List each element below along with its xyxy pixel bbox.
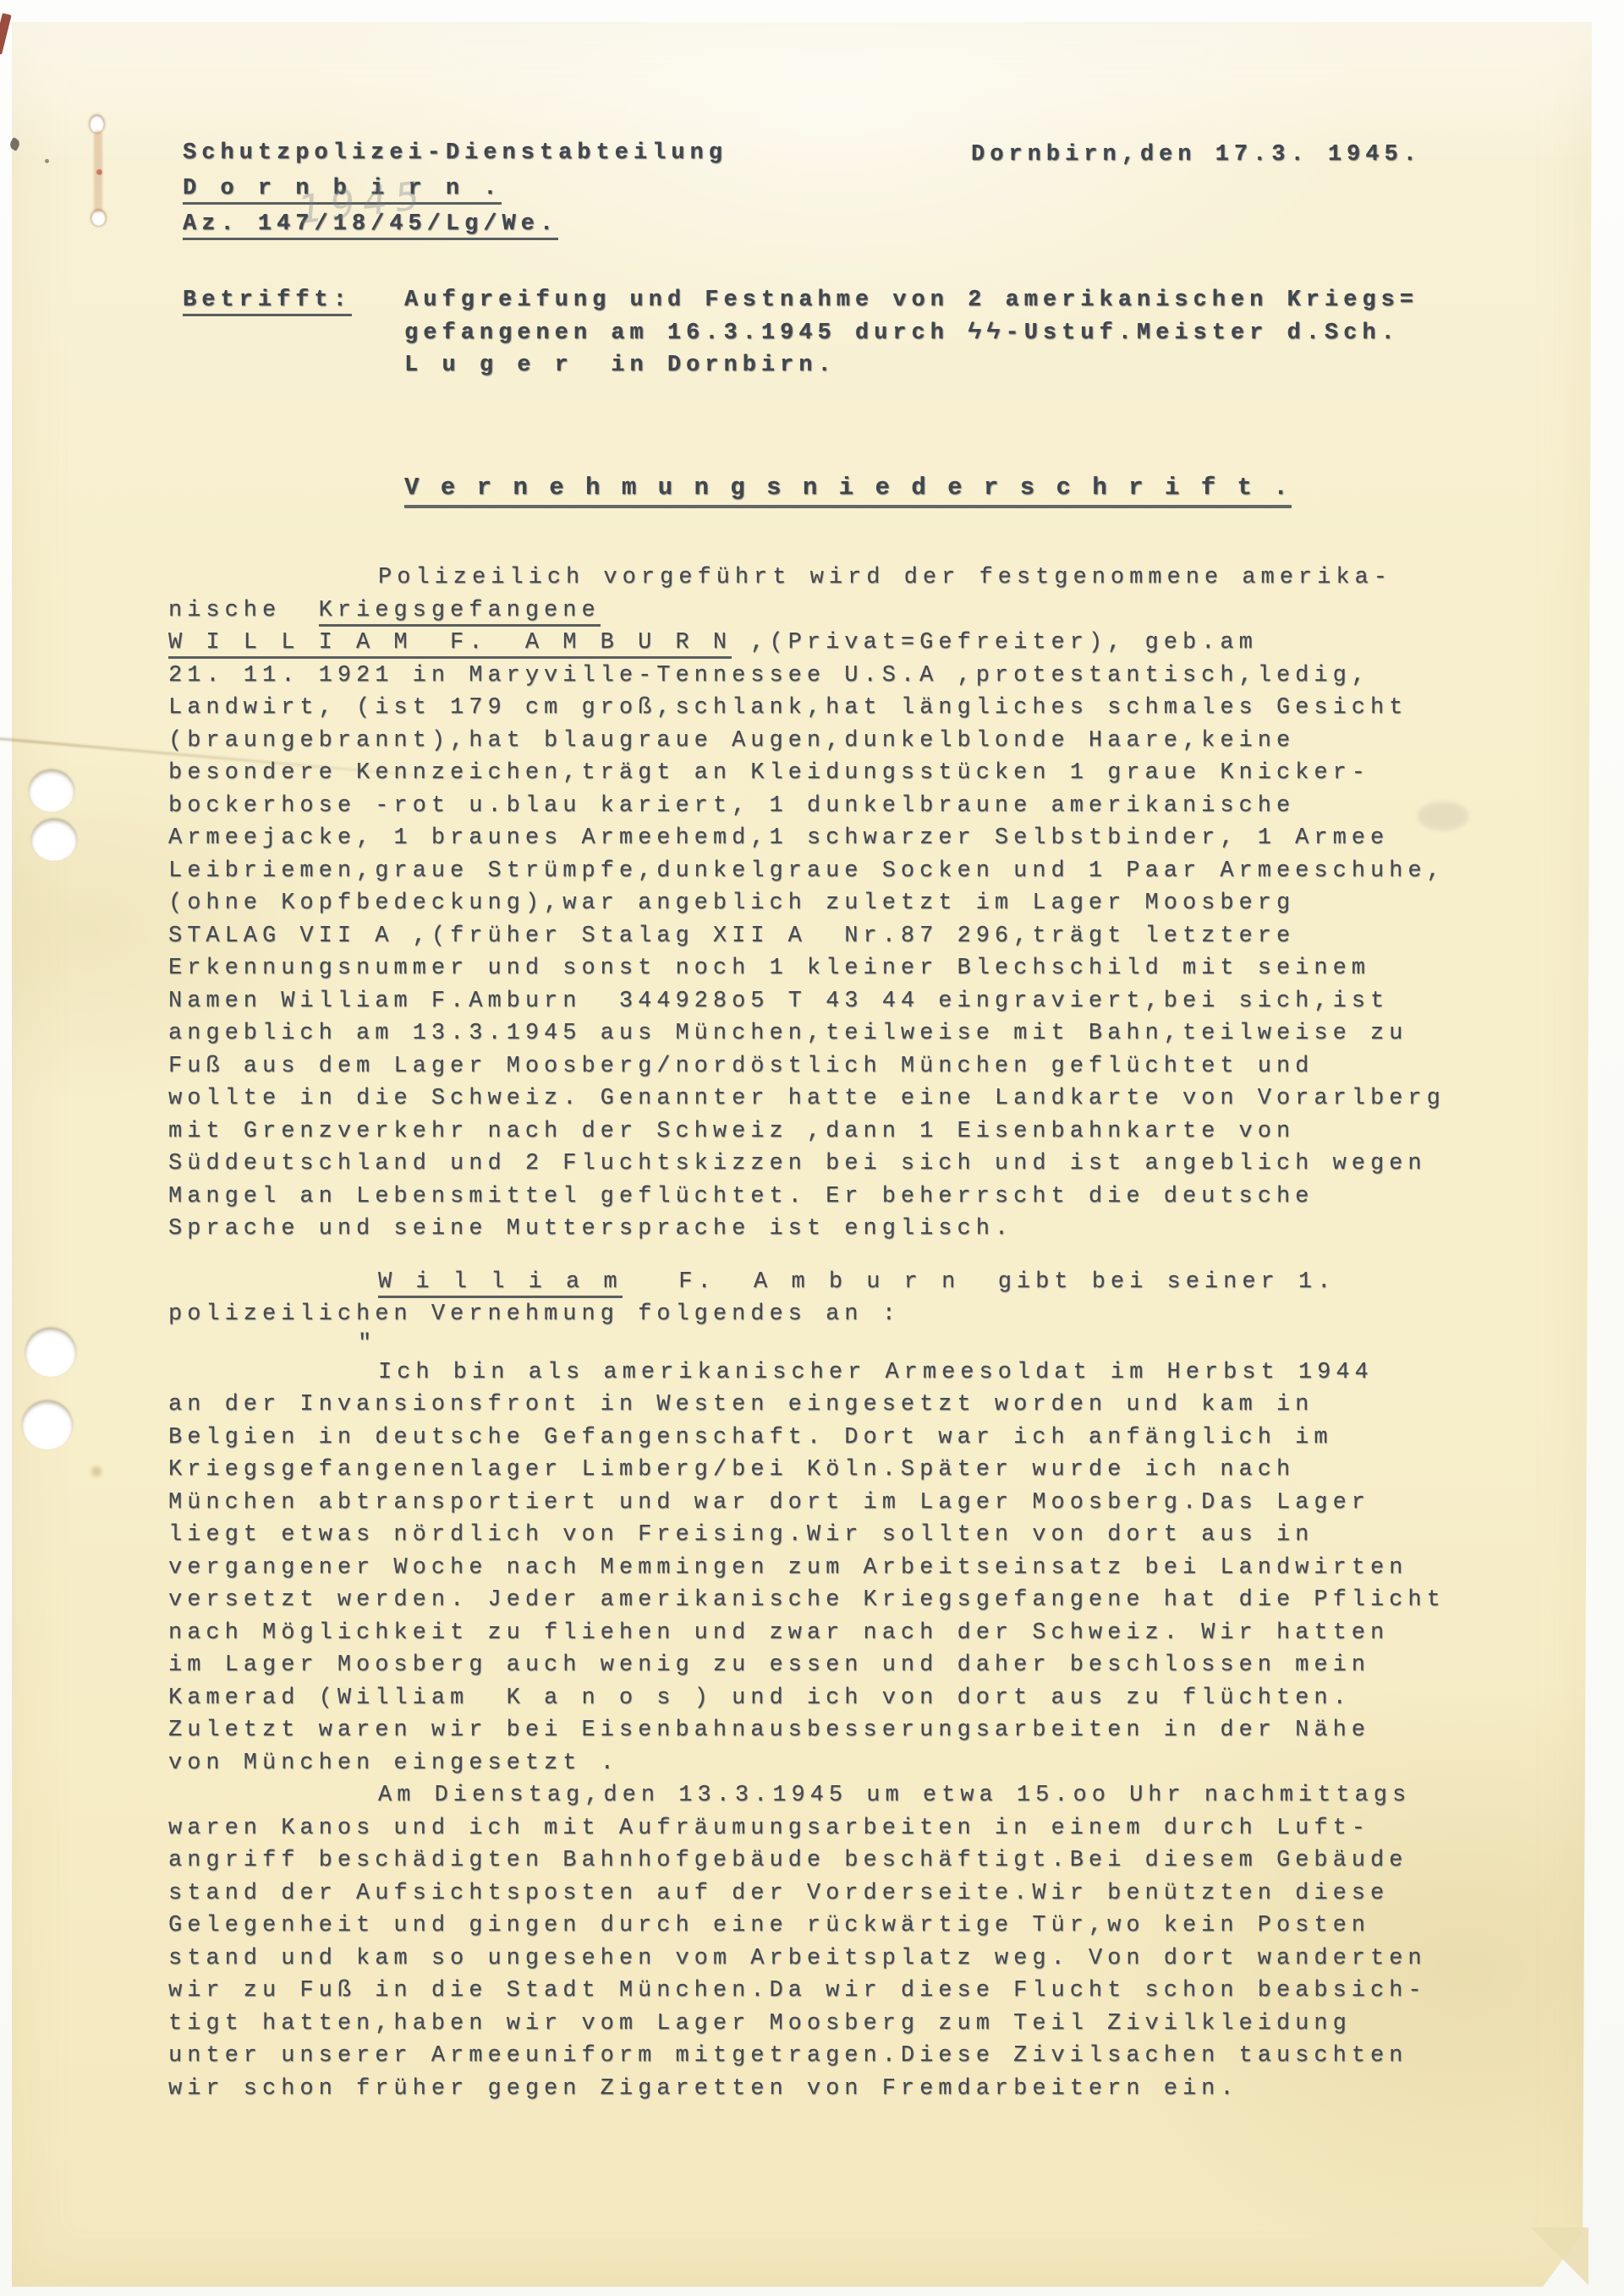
document-line: Am Dienstag,den 13.3.1945 um etwa 15.oo … [168,1779,1572,1812]
document-line: nach Möglichkeit zu fliehen und zwar nac… [168,1617,1572,1650]
document-line: an der Invansionsfront in Westen eingese… [168,1389,1572,1422]
punch-hole [29,770,74,812]
document-line: gefangenen am 16.3.1945 durch ϟϟ-Ustuf.M… [404,317,1504,350]
document-line: STALAG VII A ,(früher Stalag XII A Nr.87… [168,920,1572,953]
document-line: Armeejacke, 1 braunes Armeehemd,1 schwar… [168,822,1572,855]
document-line: Belgien in deutsche Gefangenschaft. Dort… [168,1422,1572,1455]
document-line: Erkennungsnummer und sonst noch 1 kleine… [168,952,1572,985]
subject-text: Aufgreifung und Festnahme von 2 amerikan… [404,284,1504,382]
document-line: L u g e r in Dornbirn. [404,349,1504,382]
document-title: V e r n e h m u n g s n i e d e r s c h … [404,474,1292,508]
document-line: Kriegsgefangenenlager Limberg/bei Köln.S… [168,1454,1572,1487]
text-run: F. A m b u r n gibt bei seiner 1. [623,1269,1336,1295]
document-line: Süddeutschland und 2 Fluchtskizzen bei s… [168,1148,1572,1181]
document-line: vergangener Woche nach Memmingen zum Arb… [168,1552,1572,1585]
document-line: Gelegenheit und gingen durch eine rückwä… [168,1910,1572,1943]
text-run: Betrifft: [183,288,352,316]
document-line: (braungebrannt),hat blaugraue Augen,dunk… [168,725,1572,758]
document-line: tigt hatten,haben wir vom Lager Moosberg… [168,2008,1572,2041]
text-run: Kriegsgefangene [319,598,601,627]
document-line: Landwirt, (ist 179 cm groß,schlank,hat l… [168,692,1572,725]
document-line: angriff beschädigten Bahnhofgebäude besc… [168,1844,1572,1877]
document-line: mit Grenzverkehr nach der Schweiz ,dann … [168,1115,1572,1148]
letterhead: Schutzpolizei-DienstabteilungD o r n b i… [183,135,727,242]
document-line: (ohne Kopfbedeckung),war angeblich zulet… [168,887,1572,920]
document-line: polizeilichen Vernehmung folgendes an : [168,1298,1572,1331]
document-line: Zuletzt waren wir bei Eisenbahnausbesser… [168,1714,1572,1747]
document-line: wir zu Fuß in die Stadt München.Da wir d… [168,1975,1572,2008]
punch-hole [25,1328,76,1377]
punch-hole [22,1400,73,1449]
document-line: wir schon früher gegen Zigaretten von Fr… [168,2073,1572,2106]
text-run: nische [168,598,319,623]
document-line: stand und kam so ungesehen vom Arbeitspl… [168,1943,1572,1975]
document-line: W I L L I A M F. A M B U R N ,(Privat=Ge… [168,627,1572,660]
document-line: Mangel an Lebensmittel geflüchtet. Er be… [168,1181,1572,1214]
document-line: Schutzpolizei-Dienstabteilung [183,135,727,171]
document-line: 21. 11. 1921 in Maryville-Tennessee U.S.… [168,660,1572,693]
document-line: Ich bin als amerikanischer Armeesoldat i… [168,1356,1572,1389]
document-line: bockerhose -rot u.blau kariert, 1 dunkel… [168,790,1572,823]
scanner-background: Schutzpolizei-DienstabteilungD o r n b i… [0,0,1624,2296]
document-body: Polizeilich vorgeführt wird der festgeno… [168,562,1572,2105]
document-line: München abtransportiert und war dort im … [168,1487,1572,1520]
document-line: angeblich am 13.3.1945 aus München,teilw… [168,1017,1572,1050]
document-line: versetzt werden. Jeder amerikanische Kri… [168,1584,1572,1617]
document-line: D o r n b i r n . [183,171,727,206]
subject-label: Betrifft: [183,284,352,317]
date-line: Dornbirn,den 17.3. 1945. [971,142,1422,167]
document-line: besondere Kennzeichen,trägt an Kleidungs… [168,757,1572,790]
text-run: W i l l i a m [378,1269,623,1298]
text-run: W I L L I A M F. A M B U R N [168,630,732,659]
punch-hole [31,819,77,861]
document-line: Sprache und seine Muttersprache ist engl… [168,1213,1572,1246]
ink-speck [45,159,49,163]
document-line: im Lager Moosberg auch wenig zu essen un… [168,1649,1572,1682]
document-line: Fuß aus dem Lager Moosberg/nordöstlich M… [168,1050,1572,1083]
document-line: wollte in die Schweiz. Genannter hatte e… [168,1082,1572,1115]
document-line: waren Kanos und ich mit Aufräumungsarbei… [168,1812,1572,1845]
document-line: Az. 147/18/45/Lg/We. [183,206,727,242]
rusty-staple-mark [78,110,122,238]
rust-dot [96,169,102,175]
document-line: Polizeilich vorgeführt wird der festgeno… [168,562,1572,595]
document-line: Namen William F.Amburn 344928o5 T 43 44 … [168,985,1572,1018]
folded-corner [1531,2228,1588,2285]
document-line: von München eingesetzt . [168,1747,1572,1780]
document-line: Aufgreifung und Festnahme von 2 amerikan… [404,284,1504,317]
document-line: stand der Aufsichtsposten auf der Vorder… [168,1877,1572,1910]
red-corner-mark [0,13,12,54]
document-line: Leibriemen,graue Strümpfe,dunkelgraue So… [168,855,1572,888]
document-line: unter unserer Armeeuniform mitgetragen.D… [168,2040,1572,2073]
document-line: liegt etwas nördlich von Freising.Wir so… [168,1519,1572,1552]
paper-stain [88,1465,105,1478]
document-line: nische Kriegsgefangene [168,595,1572,627]
document-line: W i l l i a m F. A m b u r n gibt bei se… [168,1266,1572,1299]
text-run: ,(Privat=Gefreiter), geb.am [732,630,1258,655]
document-line: Kamerad (William K a n o s ) und ich von… [168,1682,1572,1715]
document-line: " [168,1331,1572,1356]
